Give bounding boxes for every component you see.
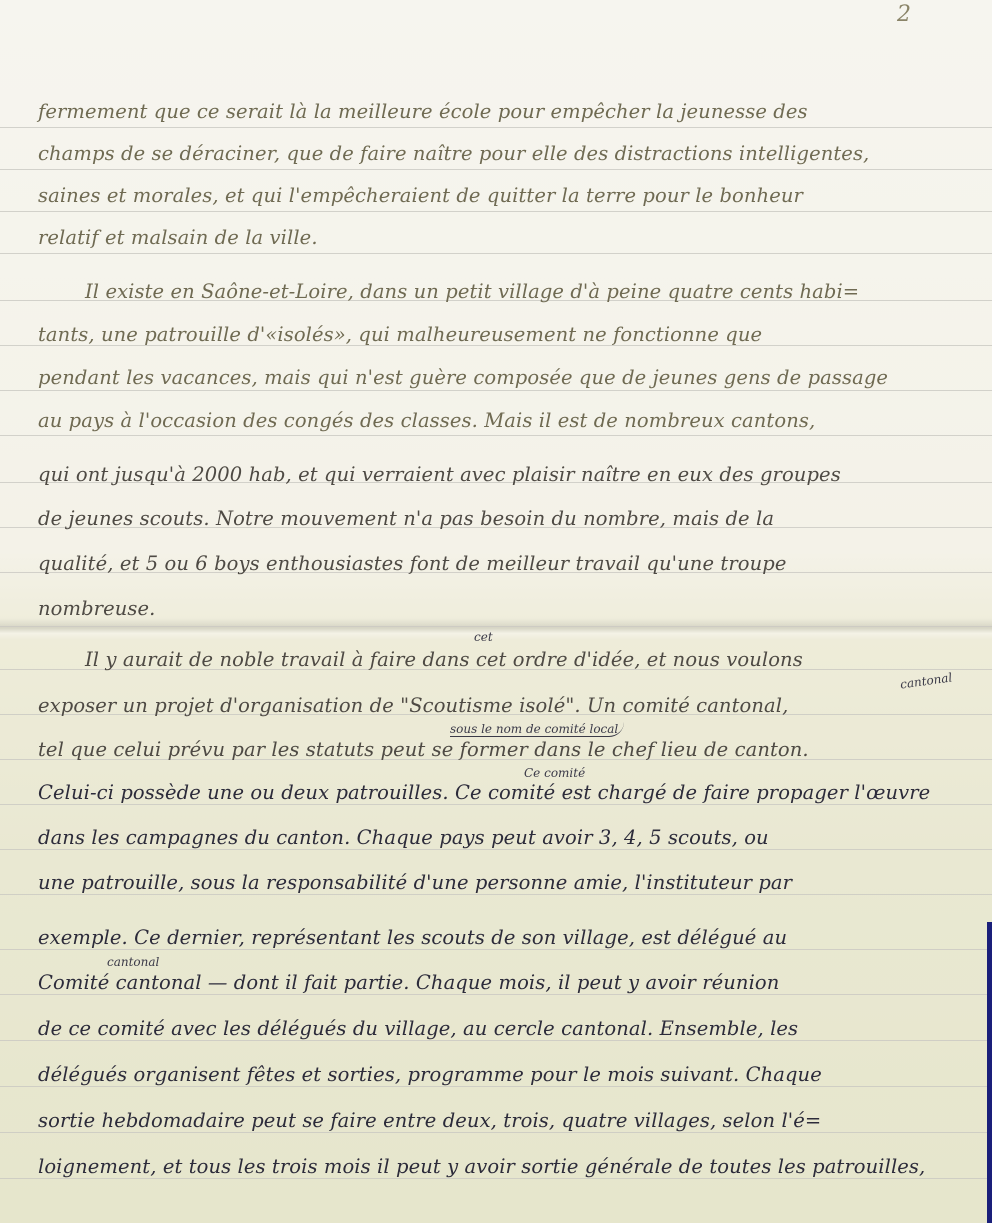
ruled-line [0,435,992,436]
interlinear-annotation: Ce comité [524,766,585,780]
ruled-line [0,1086,992,1087]
text-line: qui ont jusqu'à 2000 hab, et qui verraie… [38,463,841,486]
text-line: sortie hebdomadaire peut se faire entre … [38,1109,821,1132]
ruled-line [0,849,992,850]
ruled-line [0,894,992,895]
text-line: saines et morales, et qui l'empêcheraien… [38,184,803,207]
text-line: champs de se déraciner, que de faire naî… [38,142,869,165]
ruled-line [0,1178,992,1179]
text-line: fermement que ce serait là la meilleure … [38,100,808,123]
text-line: relatif et malsain de la ville. [38,226,318,249]
text-line: Celui-ci possède une ou deux patrouilles… [38,781,930,804]
ruled-line [0,211,992,212]
text-line: tants, une patrouille d'«isolés», qui ma… [38,323,762,346]
ruled-line [0,1132,992,1133]
letter-page: 2 fermement que ce serait là la meilleur… [0,0,992,1223]
text-line: délégués organisent fêtes et sorties, pr… [38,1063,822,1086]
text-line: exemple. Ce dernier, représentant les sc… [38,926,787,949]
paper-fold-crease [0,618,992,640]
ruled-line [0,626,992,627]
text-line: de jeunes scouts. Notre mouvement n'a pa… [38,507,774,530]
ruled-line [0,127,992,128]
paragraph-start-line: Il y aurait de noble travail à faire dan… [85,648,803,671]
text-line: tel que celui prévu par les statuts peut… [38,738,809,761]
ruled-line [0,390,992,391]
interlinear-annotation: cantonal [107,955,159,969]
paragraph-start-line: Il existe en Saône-et-Loire, dans un pet… [85,280,859,303]
text-line: pendant les vacances, mais qui n'est guè… [38,366,888,389]
interlinear-annotation: cet [474,630,493,644]
text-line: au pays à l'occasion des congés des clas… [38,409,815,432]
text-line: dans les campagnes du canton. Chaque pay… [38,826,769,849]
ruled-line [0,994,992,995]
ruled-line [0,949,992,950]
text-line: une patrouille, sous la responsabilité d… [38,871,792,894]
ruled-line [0,253,992,254]
page-number: 2 [897,2,911,27]
interlinear-annotation: cantonal [899,670,953,691]
text-line: de ce comité avec les délégués du villag… [38,1017,798,1040]
text-line: loignement, et tous les trois mois il pe… [38,1155,925,1178]
text-line: Comité cantonal — dont il fait partie. C… [38,971,779,994]
text-line: qualité, et 5 ou 6 boys enthousiastes fo… [38,552,786,575]
ruled-line [0,169,992,170]
ruled-line [0,1040,992,1041]
interlinear-annotation: sous le nom de comité local [450,722,624,737]
text-line: nombreuse. [38,597,155,620]
background-edge [987,922,992,1223]
ruled-line [0,804,992,805]
text-line: exposer un projet d'organisation de "Sco… [38,694,788,717]
